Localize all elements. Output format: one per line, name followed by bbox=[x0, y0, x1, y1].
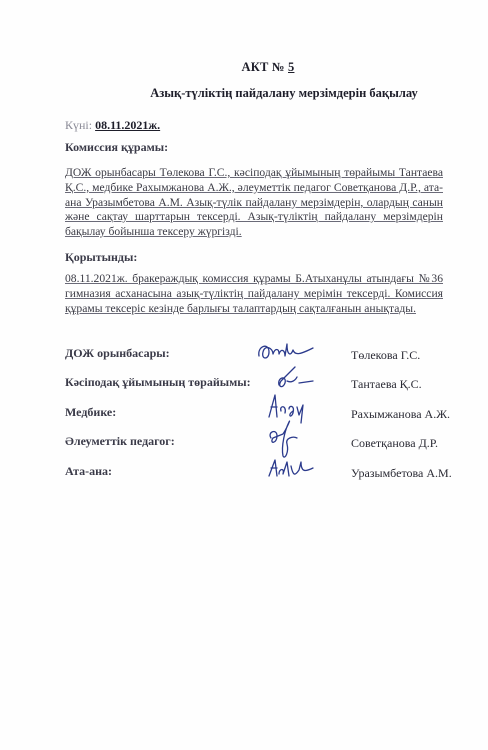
act-subtitle: Азық-түліктің пайдалану мерзімдерін бақы… bbox=[0, 86, 488, 101]
signature-role: Ата-ана: bbox=[65, 464, 112, 479]
date-value: 08.11.2021ж. bbox=[95, 118, 160, 132]
signatory-name: Төлекова Г.С. bbox=[351, 348, 420, 363]
signatory-name: Рахымжанова А.Ж. bbox=[351, 407, 450, 422]
act-number: 5 bbox=[288, 60, 294, 74]
signatory-name: Советқанова Д.Р. bbox=[351, 436, 438, 451]
signatory-name: Тантаева Қ.С. bbox=[351, 377, 422, 392]
signature-icon bbox=[255, 338, 317, 366]
signature-row-deputy: ДОЖ орынбасары: Төлекова Г.С. bbox=[65, 346, 465, 366]
signature-row-social-pedagogue: Әлеуметтік педагог: Советқанова Д.Р. bbox=[65, 434, 465, 454]
signatory-name: Уразымбетова А.М. bbox=[351, 466, 452, 481]
commission-heading: Комиссия құрамы: bbox=[65, 140, 168, 155]
signature-icon bbox=[265, 456, 317, 482]
signature-row-parent: Ата-ана: Уразымбетова А.М. bbox=[65, 464, 465, 484]
act-title: АКТ № 5 bbox=[0, 60, 488, 75]
signature-role: Әлеуметтік педагог: bbox=[65, 434, 175, 449]
signature-role: ДОЖ орынбасары: bbox=[65, 346, 170, 361]
document-page: АКТ № 5 Азық-түліктің пайдалану мерзімде… bbox=[0, 0, 488, 750]
signature-role: Медбике: bbox=[65, 405, 116, 420]
date-line: Күні: 08.11.2021ж. bbox=[65, 118, 160, 133]
signature-icon bbox=[273, 363, 317, 393]
act-title-prefix: АКТ № bbox=[242, 60, 285, 74]
conclusion-heading: Қорытынды: bbox=[65, 250, 137, 265]
commission-paragraph: ДОЖ орынбасары Төлекова Г.С., кәсіподақ … bbox=[65, 166, 443, 240]
conclusion-paragraph: 08.11.2021ж. бракераждық комиссия құрамы… bbox=[65, 272, 443, 316]
signature-role: Кәсіподақ ұйымының төрайымы: bbox=[65, 375, 251, 390]
date-label: Күні: bbox=[65, 118, 92, 132]
